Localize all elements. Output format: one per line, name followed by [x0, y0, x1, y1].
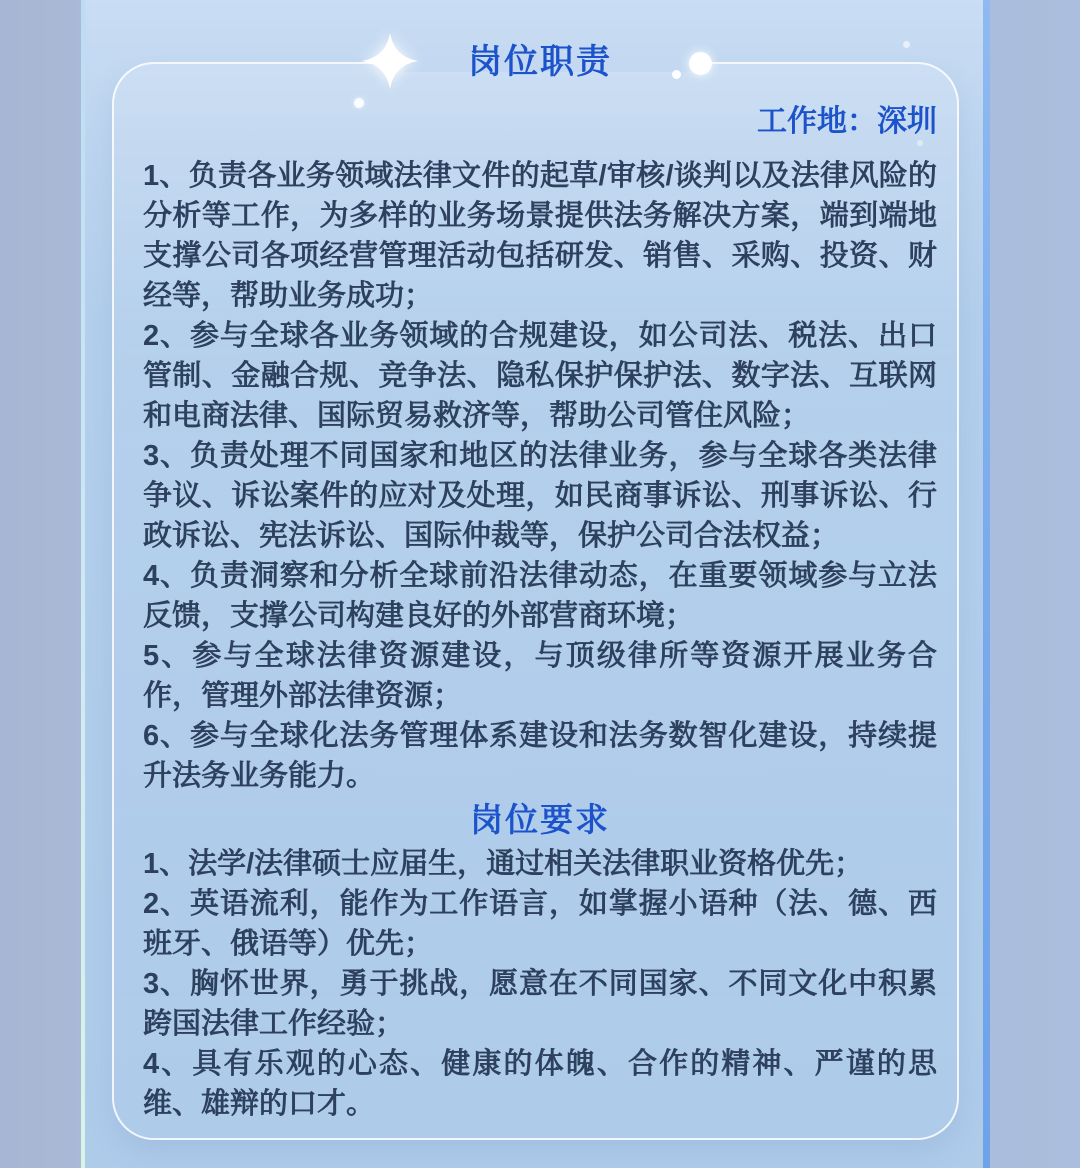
list-item: 5、参与全球法律资源建设，与顶级律所等资源开展业务合作，管理外部法律资源；: [143, 636, 937, 716]
content-column: 工作地：深圳 1、负责各业务领域法律文件的起草/审核/谈判以及法律风险的分析等工…: [143, 100, 937, 1124]
list-item: 4、具有乐观的心态、健康的体魄、合作的精神、严谨的思维、雄辩的口才。: [143, 1044, 937, 1124]
requirements-list: 1、法学/法律硕士应届生，通过相关法律职业资格优先； 2、英语流利，能作为工作语…: [143, 844, 937, 1124]
list-item: 6、参与全球化法务管理体系建设和法务数智化建设，持续提升法务业务能力。: [143, 716, 937, 796]
workplace-label: 工作地：深圳: [143, 100, 937, 144]
list-item: 2、参与全球各业务领域的合规建设，如公司法、税法、出口管制、金融合规、竞争法、隐…: [143, 316, 937, 436]
panel-edge-line-left: [81, 0, 85, 1168]
list-item: 2、英语流利，能作为工作语言，如掌握小语种（法、德、西班牙、俄语等）优先；: [143, 884, 937, 964]
requirements-title: 岗位要求: [143, 798, 937, 842]
panel-edge-line-right: [983, 0, 990, 1168]
page-title: 岗位职责: [0, 40, 1080, 84]
list-item: 1、法学/法律硕士应届生，通过相关法律职业资格优先；: [143, 844, 937, 884]
list-item: 3、胸怀世界，勇于挑战，愿意在不同国家、不同文化中积累跨国法律工作经验；: [143, 964, 937, 1044]
list-item: 3、负责处理不同国家和地区的法律业务，参与全球各类法律争议、诉讼案件的应对及处理…: [143, 436, 937, 556]
list-item: 1、负责各业务领域法律文件的起草/审核/谈判以及法律风险的分析等工作，为多样的业…: [143, 156, 937, 316]
list-item: 4、负责洞察和分析全球前沿法律动态，在重要领域参与立法反馈，支撑公司构建良好的外…: [143, 556, 937, 636]
poster-root: 岗位职责 工作地：深圳 1、负责各业务领域法律文件的起草/审核/谈判以及法律风险…: [0, 0, 1080, 1168]
responsibilities-list: 1、负责各业务领域法律文件的起草/审核/谈判以及法律风险的分析等工作，为多样的业…: [143, 156, 937, 796]
